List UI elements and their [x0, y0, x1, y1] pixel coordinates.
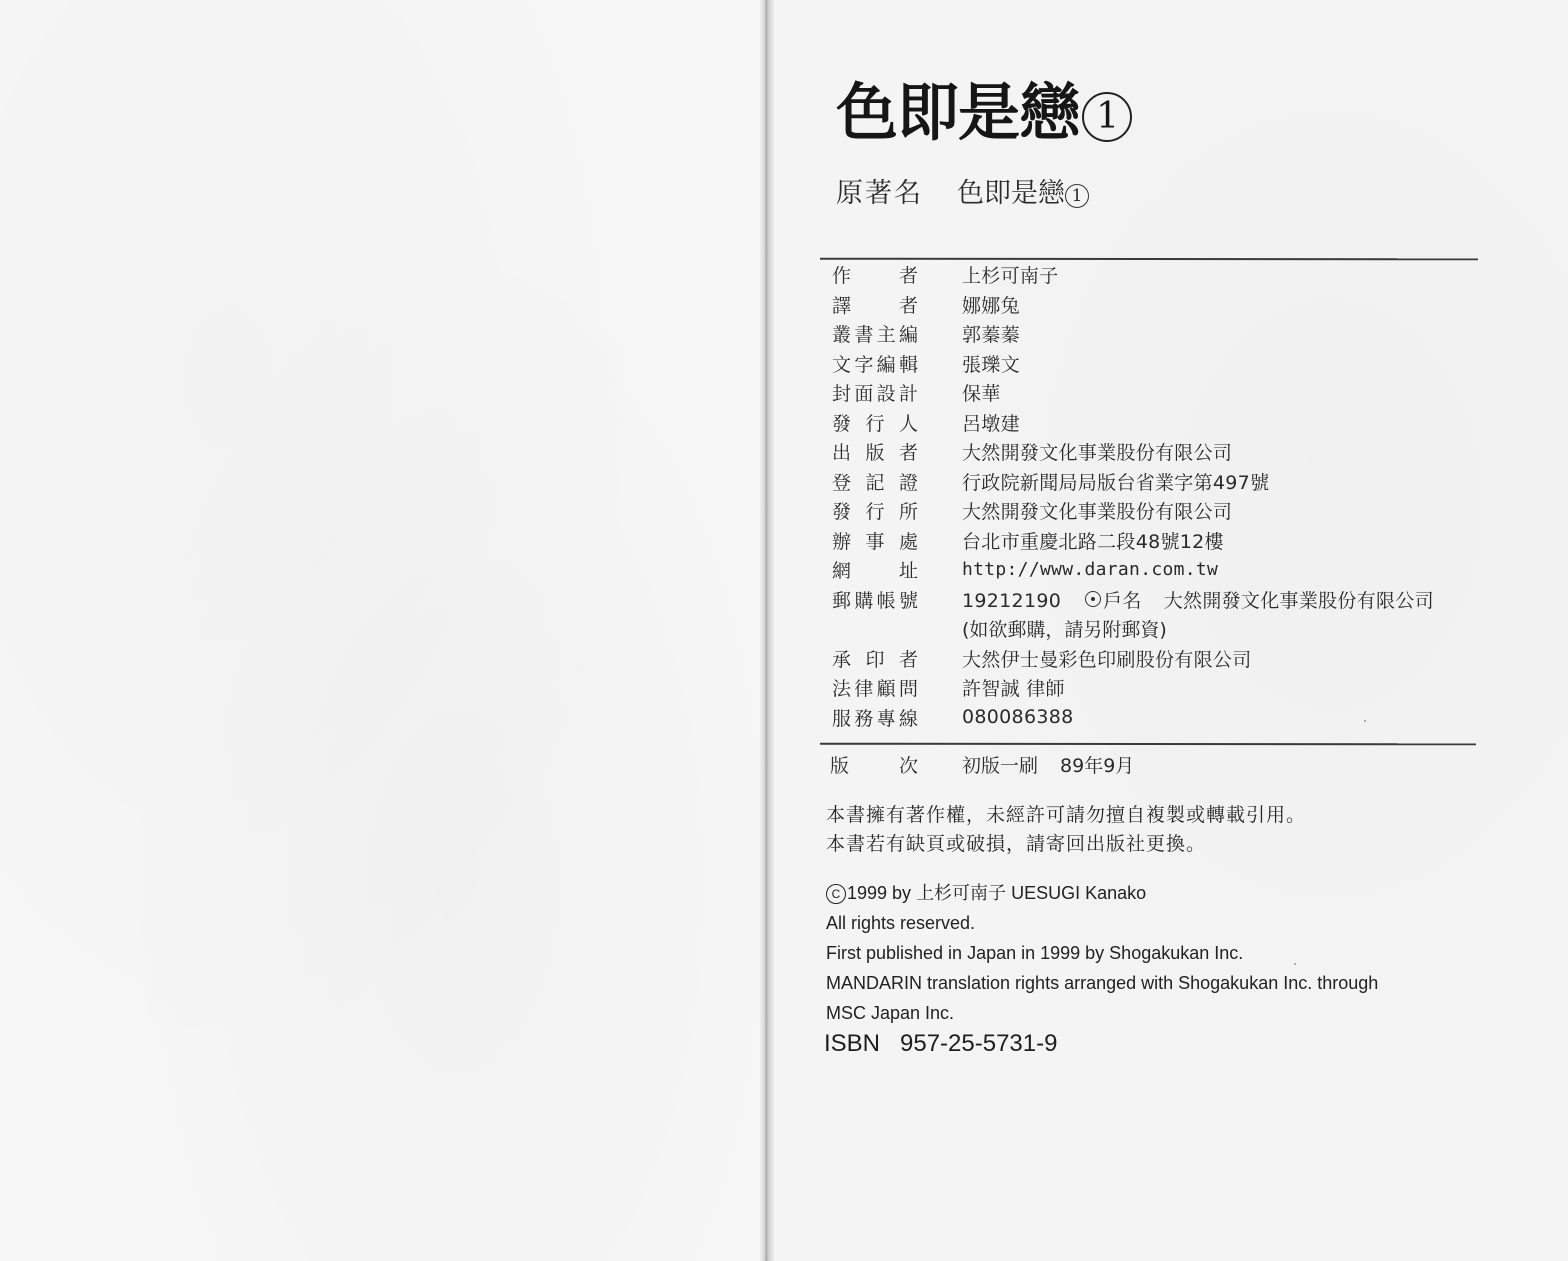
credit-label-char: 顧	[877, 674, 896, 701]
credit-label: 登記證	[832, 468, 918, 495]
copyright-author-cjk: 上杉可南子	[916, 883, 1006, 904]
rights-line: All rights reserved.	[826, 908, 1378, 938]
book-gutter	[760, 0, 774, 1261]
edition-label: 版 次	[830, 751, 918, 778]
credit-label-char: 辦	[832, 527, 851, 554]
credit-label-char: 書	[854, 320, 873, 347]
credit-row: 服務專線080086388	[832, 703, 1434, 733]
credit-label: 作者	[832, 261, 918, 288]
edition-label-char: 版	[830, 751, 849, 778]
credit-value: 大然開發文化事業股份有限公司	[962, 438, 1232, 465]
credit-label-char: 專	[877, 704, 896, 731]
credit-label-char: 印	[865, 645, 884, 672]
credit-value: 呂墩建	[962, 409, 1020, 436]
credit-value: 張瓅文	[962, 350, 1020, 377]
credit-label-char: 所	[899, 497, 918, 524]
credit-label-char: 面	[854, 379, 873, 406]
credit-row: 叢書主編郭蓁蓁	[832, 319, 1434, 349]
credit-label-char: 帳	[877, 586, 896, 613]
credit-value: http://www.daran.com.tw	[962, 559, 1218, 580]
credit-label-char: 處	[899, 527, 918, 554]
credit-value-text: 大然伊士曼彩色印刷股份有限公司	[962, 649, 1252, 671]
credit-label: 出版者	[832, 438, 918, 465]
credit-row: 封面設計保華	[832, 378, 1434, 408]
credit-value: 大然伊士曼彩色印刷股份有限公司	[962, 645, 1252, 672]
credit-row: 發行人呂墩建	[832, 408, 1434, 438]
paper-speck	[1364, 720, 1366, 722]
credit-label-char: 行	[865, 409, 884, 436]
credit-value-text: 080086388	[962, 706, 1074, 728]
mail-order-note: (如欲郵購，請另附郵資)	[832, 614, 1434, 644]
credit-label-char: 購	[854, 586, 873, 613]
credit-value-text: 台北市重慶北路二段48號12樓	[962, 531, 1224, 553]
edition-label-char: 次	[899, 751, 918, 778]
credit-value-text: 大然開發文化事業股份有限公司	[962, 501, 1232, 523]
credit-value-text: 大然開發文化事業股份有限公司	[962, 442, 1232, 464]
credit-value: 許智誠 律師	[962, 674, 1065, 701]
bottom-divider	[820, 743, 1476, 746]
credit-row: 發行所大然開發文化事業股份有限公司	[832, 496, 1434, 526]
rights-line: MSC Japan Inc.	[826, 998, 1378, 1028]
credit-label-char: 服	[832, 704, 851, 731]
credit-value-text: 保華	[962, 383, 1001, 405]
credit-value: 大然開發文化事業股份有限公司	[962, 497, 1232, 524]
book-spread: 色即是戀1 原著名色即是戀1 作者上杉可南子譯者娜娜兔叢書主編郭蓁蓁文字編輯張瓅…	[0, 0, 1568, 1261]
credit-row: 郵購帳號19212190戶名大然開發文化事業股份有限公司	[832, 585, 1434, 615]
copyright-year: 1999 by	[847, 883, 916, 903]
credit-label: 郵購帳號	[832, 586, 918, 613]
credit-label-char: 字	[854, 350, 873, 377]
credit-label: 發行所	[832, 497, 918, 524]
credit-value: 台北市重慶北路二段48號12樓	[962, 527, 1224, 554]
english-rights-block: C1999 by 上杉可南子 UESUGI Kanako All rights …	[826, 878, 1378, 1028]
credit-label-char: 問	[899, 674, 918, 701]
credit-label-char: 編	[899, 320, 918, 347]
credit-value: 上杉可南子	[962, 261, 1059, 288]
credit-value-text: 許智誠 律師	[962, 678, 1065, 700]
credit-label-char: 者	[899, 291, 918, 318]
notice-line: 本書若有缺頁或破損，請寄回出版社更換。	[826, 830, 1306, 859]
credit-row: 譯者娜娜兔	[832, 290, 1434, 320]
edition-value: 初版一刷	[962, 751, 1038, 778]
credit-label-char: 者	[899, 645, 918, 672]
credit-value-text: 行政院新聞局局版台省業字第497號	[962, 472, 1269, 494]
copyright-line: C1999 by 上杉可南子 UESUGI Kanako	[826, 878, 1378, 908]
credit-label: 服務專線	[832, 704, 918, 731]
volume-number-circle: 1	[1082, 92, 1132, 142]
credit-label-char: 譯	[832, 291, 851, 318]
paper-speck	[1294, 963, 1296, 965]
isbn-label: ISBN	[824, 1030, 880, 1057]
credit-label-char: 郵	[832, 586, 851, 613]
credit-label: 法律顧問	[832, 674, 918, 701]
credit-value: 080086388	[962, 706, 1074, 728]
credit-row: 登記證行政院新聞局局版台省業字第497號	[832, 467, 1434, 497]
original-title: 原著名色即是戀1	[836, 180, 1089, 208]
edition-row: 版 次 初版一刷 89年9月	[830, 751, 1134, 778]
credit-label-char: 主	[877, 320, 896, 347]
credit-label-char: 叢	[832, 320, 851, 347]
credit-label-char: 律	[854, 674, 873, 701]
rights-line: MANDARIN translation rights arranged wit…	[826, 968, 1378, 998]
notice-line: 本書擁有著作權，未經許可請勿擅自複製或轉載引用。	[826, 801, 1306, 830]
credit-label-char: 事	[865, 527, 884, 554]
book-title: 色即是戀1	[836, 82, 1132, 144]
credit-label-char: 承	[832, 645, 851, 672]
credit-value: 郭蓁蓁	[962, 320, 1020, 347]
credit-value-text: 張瓅文	[962, 354, 1020, 376]
credit-label-char: 發	[832, 497, 851, 524]
credit-label-char: 編	[877, 350, 896, 377]
credit-row: 辦事處台北市重慶北路二段48號12樓	[832, 526, 1434, 556]
credit-label-char: 者	[899, 261, 918, 288]
credit-label: 譯者	[832, 291, 918, 318]
credit-label-char: 址	[899, 556, 918, 583]
credit-label-char: 法	[832, 674, 851, 701]
credit-value-text: http://www.daran.com.tw	[962, 559, 1218, 580]
credit-label: 承印者	[832, 645, 918, 672]
bullet-circle-icon	[1085, 591, 1101, 607]
credit-label-char: 登	[832, 468, 851, 495]
credit-value-text: 娜娜兔	[962, 295, 1020, 317]
credit-value: 保華	[962, 379, 1001, 406]
credit-row: 網址http://www.daran.com.tw	[832, 555, 1434, 585]
credit-label-char: 封	[832, 379, 851, 406]
account-name-label: 戶名	[1103, 590, 1142, 612]
credit-value-text: 19212190	[962, 590, 1061, 612]
credit-label-char: 人	[899, 409, 918, 436]
credit-label-char: 行	[865, 497, 884, 524]
book-title-text: 色即是戀	[836, 76, 1080, 149]
isbn: ISBN957-25-5731-9	[824, 1030, 1057, 1058]
credit-label: 發行人	[832, 409, 918, 436]
account-name: 大然開發文化事業股份有限公司	[1164, 590, 1434, 612]
credit-value: 19212190戶名大然開發文化事業股份有限公司	[962, 586, 1434, 613]
credit-value: 行政院新聞局局版台省業字第497號	[962, 468, 1269, 495]
credit-label: 封面設計	[832, 379, 918, 406]
credit-row: 承印者大然伊士曼彩色印刷股份有限公司	[832, 644, 1434, 674]
credit-label-char: 發	[832, 409, 851, 436]
copyright-author-en: UESUGI Kanako	[1006, 883, 1146, 903]
credit-row: 出版者大然開發文化事業股份有限公司	[832, 437, 1434, 467]
copyright-notices: 本書擁有著作權，未經許可請勿擅自複製或轉載引用。 本書若有缺頁或破損，請寄回出版…	[826, 801, 1306, 859]
credit-label-char: 版	[865, 438, 884, 465]
credit-row: 法律顧問許智誠 律師	[832, 673, 1434, 703]
credit-label-char: 網	[832, 556, 851, 583]
credit-label: 辦事處	[832, 527, 918, 554]
credit-row: 作者上杉可南子	[832, 260, 1434, 290]
edition-date: 89年9月	[1060, 751, 1134, 778]
credit-label-char: 務	[854, 704, 873, 731]
credit-value-text: 郭蓁蓁	[962, 324, 1020, 346]
credit-label-char: 記	[865, 468, 884, 495]
copyright-icon: C	[826, 884, 846, 904]
original-title-label: 原著名	[836, 178, 923, 209]
credit-label-char: 出	[832, 438, 851, 465]
credit-value-text: 呂墩建	[962, 413, 1020, 435]
isbn-value: 957-25-5731-9	[900, 1030, 1057, 1057]
credit-label: 文字編輯	[832, 350, 918, 377]
credit-label: 叢書主編	[832, 320, 918, 347]
original-volume-circle: 1	[1065, 184, 1089, 208]
credit-value-text: 上杉可南子	[962, 265, 1059, 287]
credit-label-char: 號	[899, 586, 918, 613]
colophon-page: 色即是戀1 原著名色即是戀1 作者上杉可南子譯者娜娜兔叢書主編郭蓁蓁文字編輯張瓅…	[774, 0, 1568, 1261]
credit-label-char: 者	[899, 438, 918, 465]
original-title-text: 色即是戀	[957, 178, 1065, 209]
credit-label-char: 作	[832, 261, 851, 288]
left-page-blank	[0, 0, 764, 1261]
credit-label-char: 設	[877, 379, 896, 406]
credit-label-char: 輯	[899, 350, 918, 377]
credit-label-char: 計	[899, 379, 918, 406]
credit-label-char: 文	[832, 350, 851, 377]
credits-table: 作者上杉可南子譯者娜娜兔叢書主編郭蓁蓁文字編輯張瓅文封面設計保華發行人呂墩建出版…	[832, 260, 1434, 732]
credit-label: 網址	[832, 556, 918, 583]
credit-label-char: 證	[899, 468, 918, 495]
credit-row: 文字編輯張瓅文	[832, 349, 1434, 379]
credit-label-char: 線	[899, 704, 918, 731]
credit-value: 娜娜兔	[962, 291, 1020, 318]
